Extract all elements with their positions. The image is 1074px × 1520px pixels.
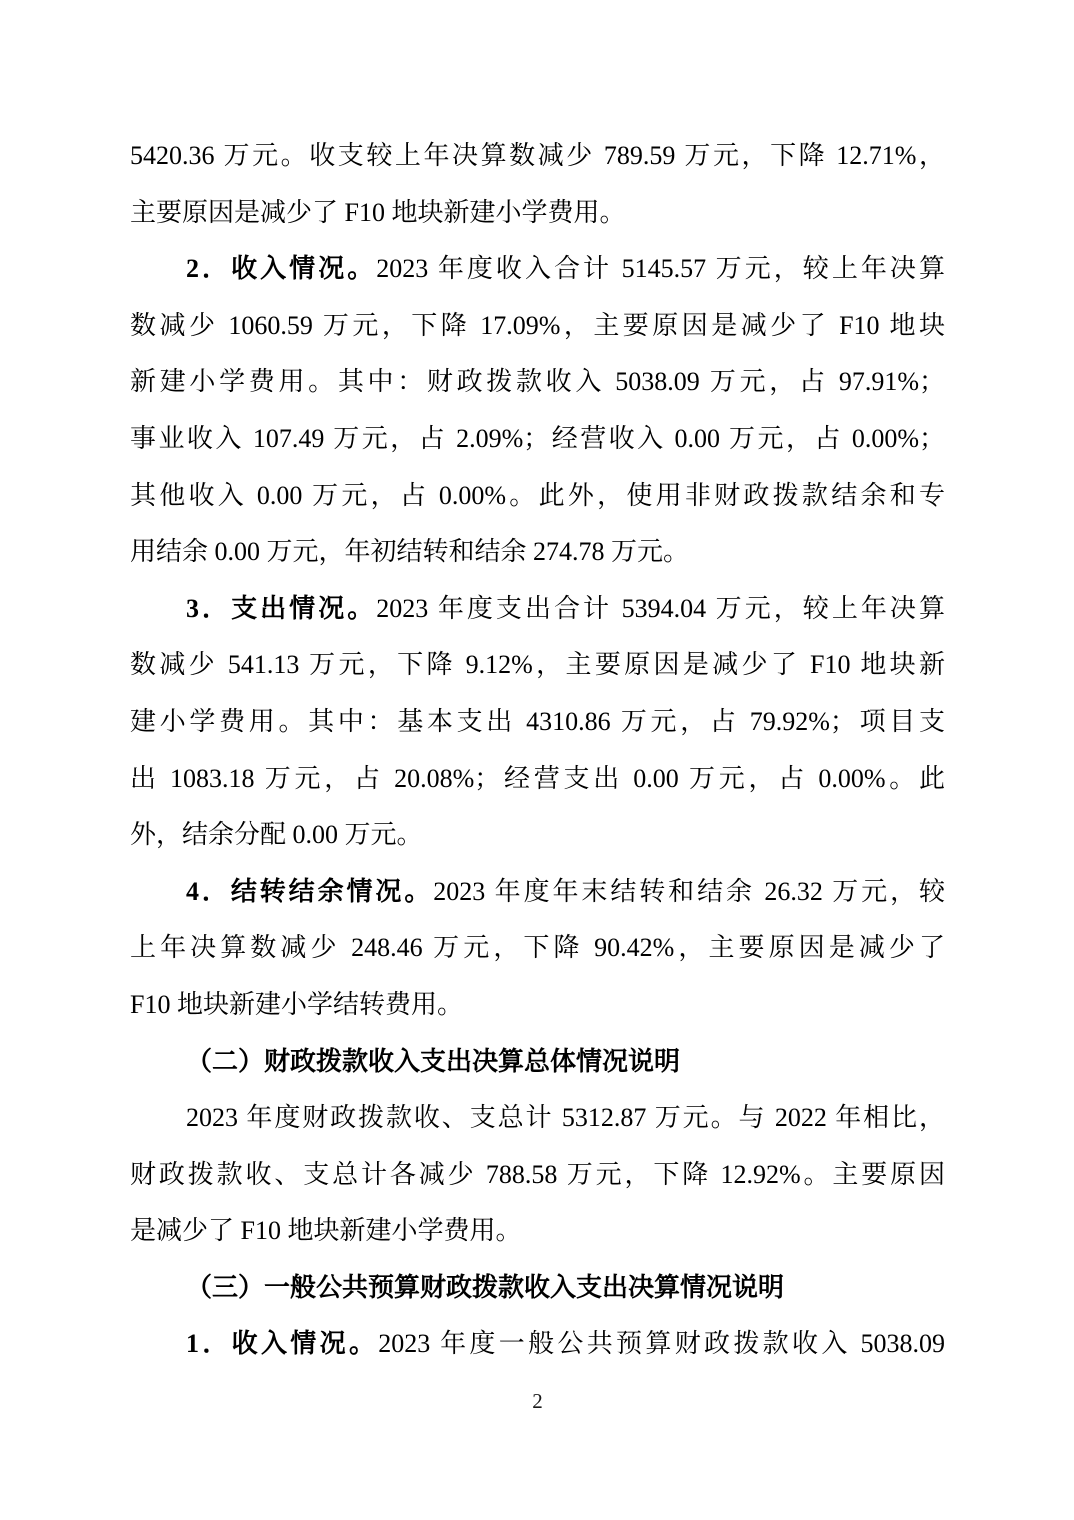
text-line: 建小学费用。其中：基本支出 4310.86 万元，占 79.92%；项目支 [130, 694, 945, 751]
text-line: 1．收入情况。2023 年度一般公共预算财政拨款收入 5038.09 [130, 1316, 945, 1373]
run-in-heading: 4．结转结余情况。 [186, 877, 433, 906]
text-line: 3．支出情况。2023 年度支出合计 5394.04 万元，较上年决算 [130, 581, 945, 638]
body-text: 用结余 0.00 万元，年初结转和结余 274.78 万元。 [130, 537, 689, 566]
section-heading: （三）一般公共预算财政拨款收入支出决算情况说明 [130, 1260, 945, 1317]
body-text: 财政拨款收、支总计各减少 788.58 万元，下降 12.92%。主要原因 [130, 1160, 945, 1189]
text-line: 财政拨款收、支总计各减少 788.58 万元，下降 12.92%。主要原因 [130, 1147, 945, 1204]
text-line: 其他收入 0.00 万元，占 0.00%。此外，使用非财政拨款结余和专 [130, 468, 945, 525]
text-line: 上年决算数减少 248.46 万元，下降 90.42%，主要原因是减少了 [130, 920, 945, 977]
body-text: 数减少 541.13 万元，下降 9.12%，主要原因是减少了 F10 地块新 [130, 650, 945, 679]
body-text: 上年决算数减少 248.46 万元，下降 90.42%，主要原因是减少了 [130, 933, 945, 962]
text-line: 4．结转结余情况。2023 年度年末结转和结余 26.32 万元，较 [130, 864, 945, 921]
section-heading-text: （二）财政拨款收入支出决算总体情况说明 [186, 1047, 680, 1076]
body-text: F10 地块新建小学结转费用。 [130, 990, 463, 1019]
text-line: 2023 年度财政拨款收、支总计 5312.87 万元。与 2022 年相比， [130, 1090, 945, 1147]
text-line: 新建小学费用。其中：财政拨款收入 5038.09 万元，占 97.91%； [130, 354, 945, 411]
body-text: 主要原因是减少了 F10 地块新建小学费用。 [130, 198, 625, 227]
text-line: 2．收入情况。2023 年度收入合计 5145.57 万元，较上年决算 [130, 241, 945, 298]
body-text: 其他收入 0.00 万元，占 0.00%。此外，使用非财政拨款结余和专 [130, 481, 945, 510]
body-text: 2023 年度收入合计 5145.57 万元，较上年决算 [376, 254, 945, 283]
body-text: 2023 年度一般公共预算财政拨款收入 5038.09 [378, 1329, 945, 1358]
body-text: 事业收入 107.49 万元，占 2.09%；经营收入 0.00 万元，占 0.… [130, 424, 945, 453]
body-text: 2023 年度年末结转和结余 26.32 万元，较 [433, 877, 945, 906]
section-heading: （二）财政拨款收入支出决算总体情况说明 [130, 1034, 945, 1091]
text-line: 数减少 1060.59 万元，下降 17.09%，主要原因是减少了 F10 地块 [130, 298, 945, 355]
text-line: 主要原因是减少了 F10 地块新建小学费用。 [130, 185, 945, 242]
run-in-heading: 1．收入情况。 [186, 1329, 378, 1358]
run-in-heading: 3．支出情况。 [186, 594, 376, 623]
body-text: 是减少了 F10 地块新建小学费用。 [130, 1216, 521, 1245]
body-text: 建小学费用。其中：基本支出 4310.86 万元，占 79.92%；项目支 [130, 707, 945, 736]
section-heading-text: （三）一般公共预算财政拨款收入支出决算情况说明 [186, 1273, 784, 1302]
body-text: 出 1083.18 万元，占 20.08%；经营支出 0.00 万元，占 0.0… [130, 764, 945, 793]
body-text: 新建小学费用。其中：财政拨款收入 5038.09 万元，占 97.91%； [130, 367, 945, 396]
page-number: 2 [130, 1387, 945, 1415]
text-line: F10 地块新建小学结转费用。 [130, 977, 945, 1034]
text-line: 出 1083.18 万元，占 20.08%；经营支出 0.00 万元，占 0.0… [130, 751, 945, 808]
text-line: 外，结余分配 0.00 万元。 [130, 807, 945, 864]
body-text: 2023 年度财政拨款收、支总计 5312.87 万元。与 2022 年相比， [186, 1103, 945, 1132]
text-line: 用结余 0.00 万元，年初结转和结余 274.78 万元。 [130, 524, 945, 581]
body-text: 外，结余分配 0.00 万元。 [130, 820, 423, 849]
body-text: 2023 年度支出合计 5394.04 万元，较上年决算 [376, 594, 945, 623]
body-text: 5420.36 万元。收支较上年决算数减少 789.59 万元，下降 12.71… [130, 141, 945, 170]
run-in-heading: 2．收入情况。 [186, 254, 376, 283]
document-page: 5420.36 万元。收支较上年决算数减少 789.59 万元，下降 12.71… [0, 0, 1074, 1520]
text-line: 5420.36 万元。收支较上年决算数减少 789.59 万元，下降 12.71… [130, 128, 945, 185]
text-line: 事业收入 107.49 万元，占 2.09%；经营收入 0.00 万元，占 0.… [130, 411, 945, 468]
text-line: 数减少 541.13 万元，下降 9.12%，主要原因是减少了 F10 地块新 [130, 637, 945, 694]
text-line: 是减少了 F10 地块新建小学费用。 [130, 1203, 945, 1260]
body-text: 数减少 1060.59 万元，下降 17.09%，主要原因是减少了 F10 地块 [130, 311, 945, 340]
